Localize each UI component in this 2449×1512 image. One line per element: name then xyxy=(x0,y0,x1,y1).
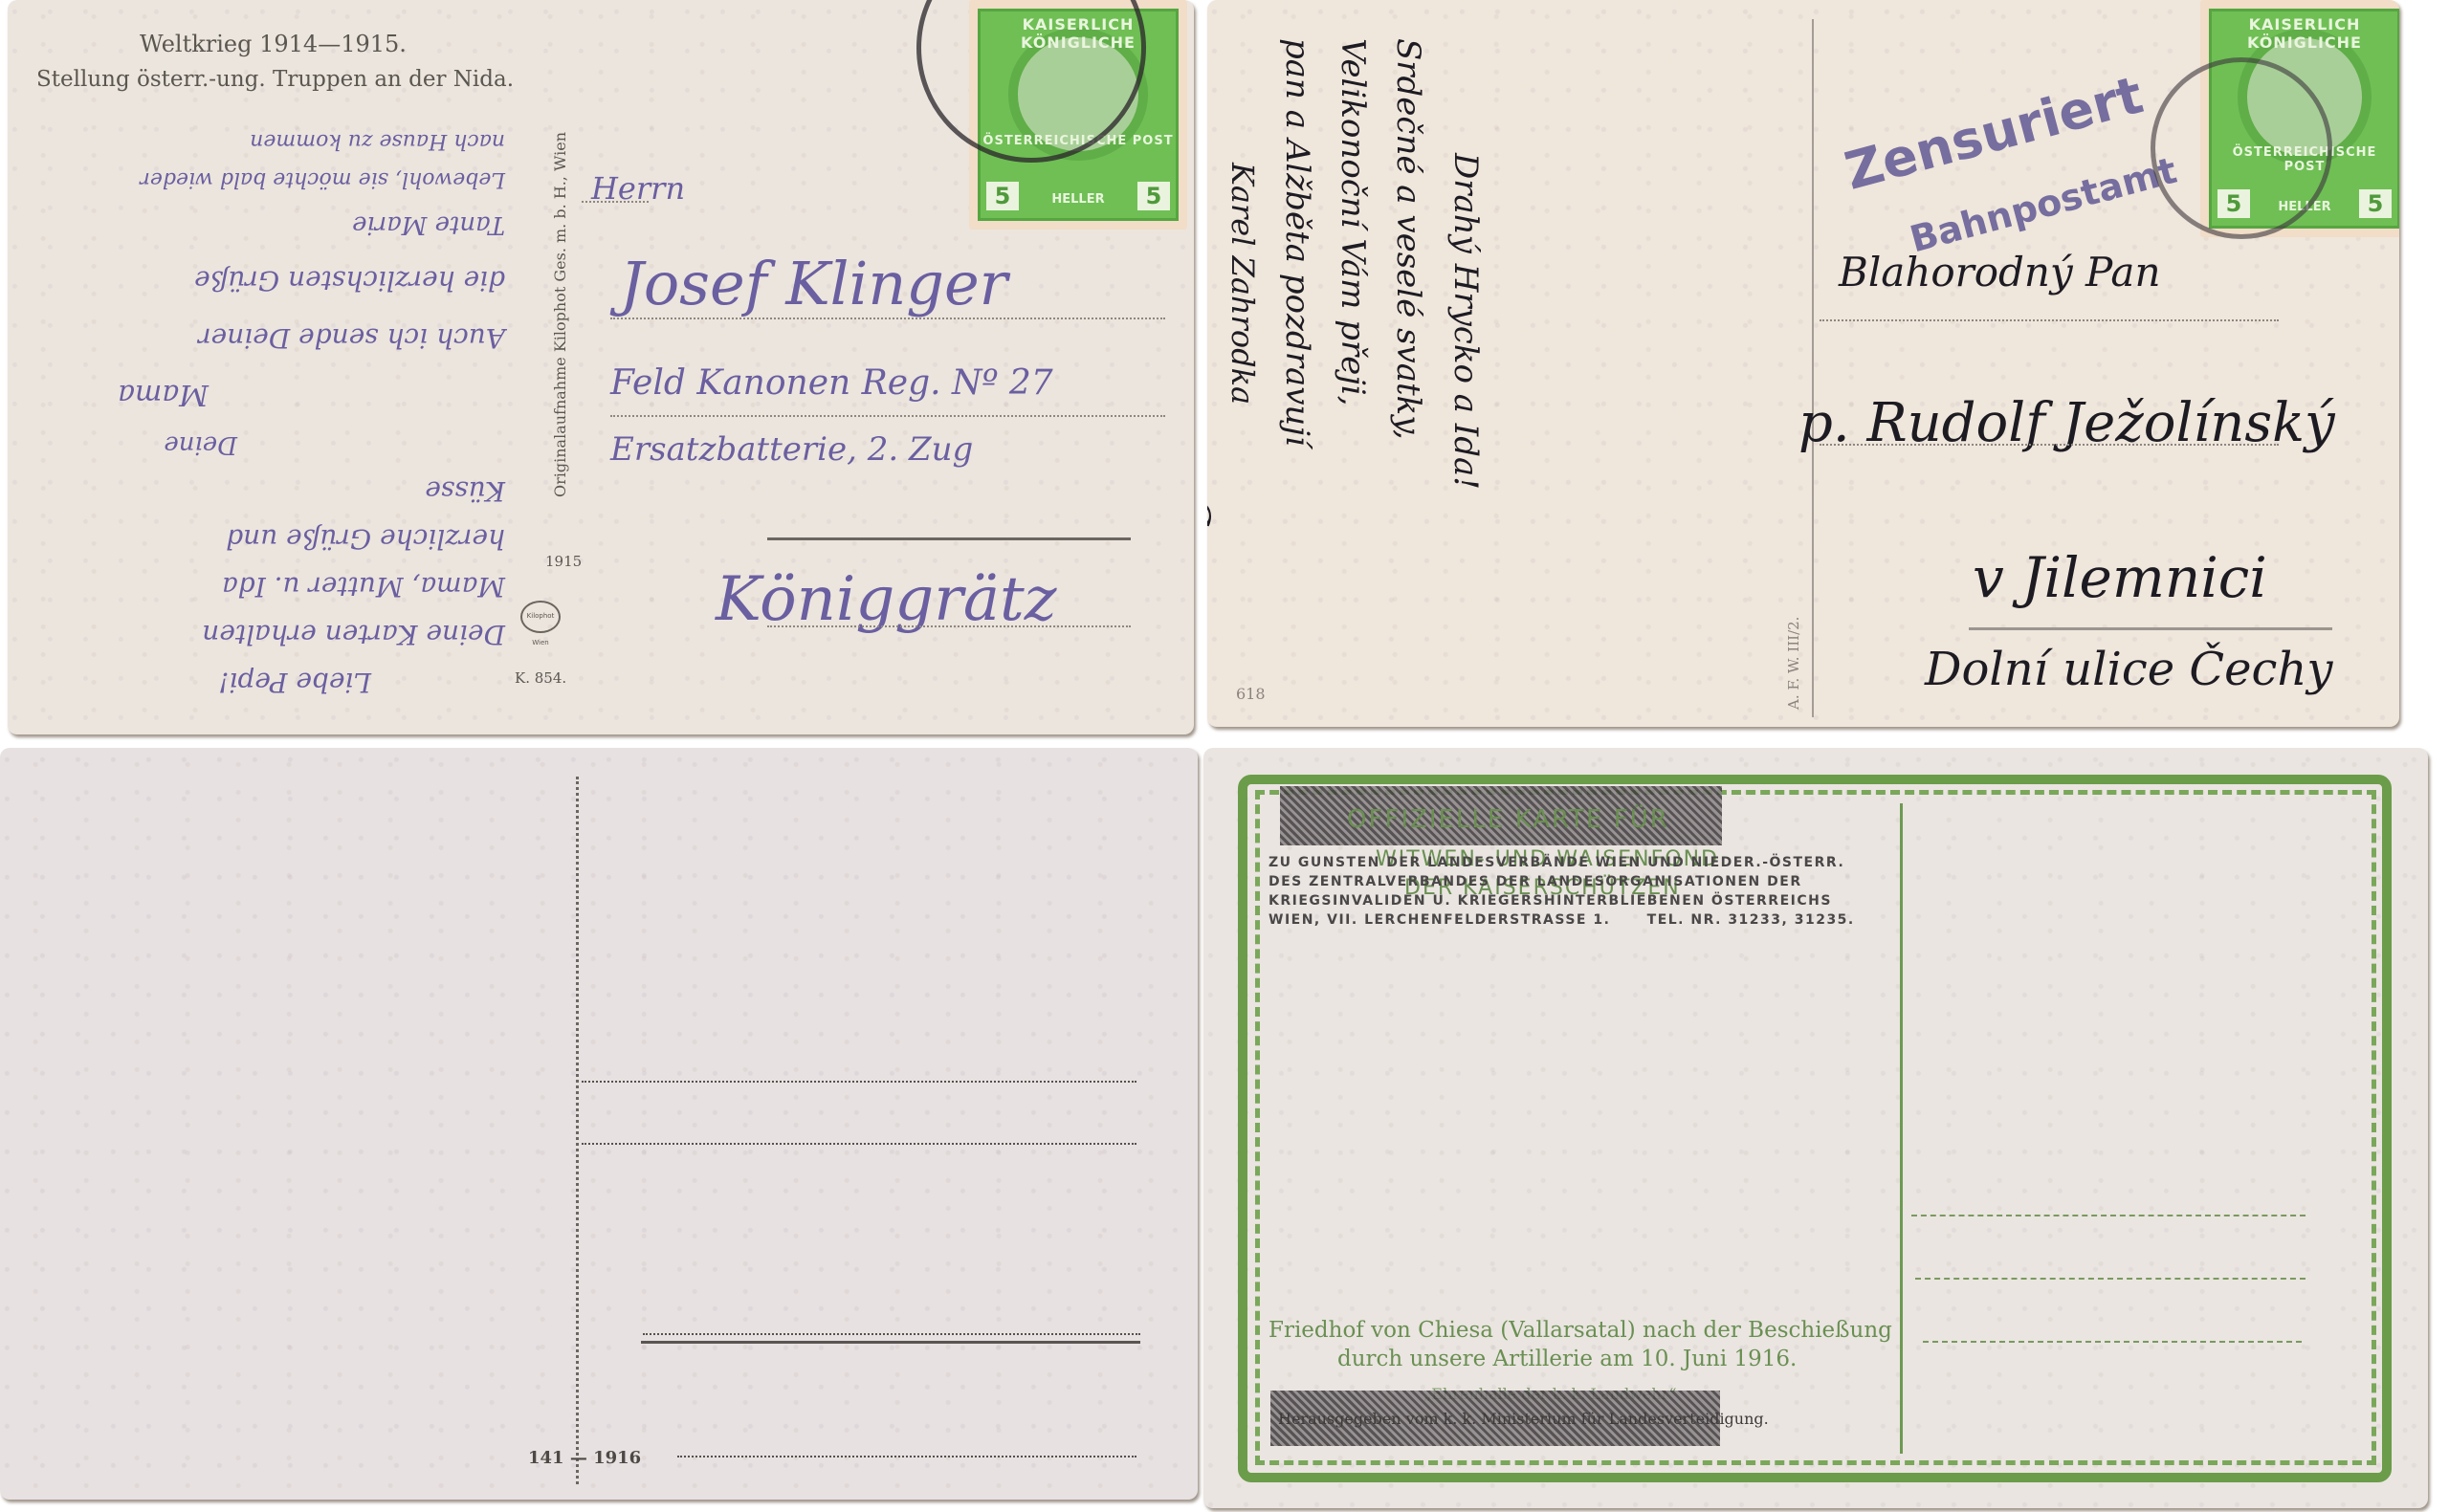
message-line: herzliche Grüße und xyxy=(226,523,505,555)
organization-line: KRIEGSINVALIDEN U. KRIEGERSHINTERBLIEBEN… xyxy=(1269,893,1832,909)
address-city-rule xyxy=(641,1341,1140,1344)
address-line-divider xyxy=(643,1333,1140,1335)
address-street: Dolní ulice Čechy xyxy=(1925,643,2332,696)
address-line-divider xyxy=(610,415,1165,417)
kilophot-logo-icon: Kilophot Wien xyxy=(520,601,561,633)
message-line: Küsse xyxy=(425,475,505,507)
address-city-rule xyxy=(767,537,1131,540)
logo-text: Kilophot Wien xyxy=(527,612,555,646)
address-line-divider xyxy=(1911,1215,2306,1216)
card-caption: Stellung österr.-ung. Truppen an der Nid… xyxy=(36,67,514,92)
header-line1: OFFIZIELLE KARTE FÜR xyxy=(1347,805,1669,834)
message-line: Liebe Pepi! xyxy=(218,667,371,698)
message-line: pan a Alžběta pozdravují xyxy=(1278,38,1316,447)
address-line-divider xyxy=(1820,319,2279,321)
stamp-top-text: KAISERLICH KÖNIGLICHE xyxy=(2212,15,2397,52)
message-line: Mama xyxy=(118,378,209,411)
address-line-divider xyxy=(610,318,1165,319)
postcard-top-left: Weltkrieg 1914—1915. Stellung österr.-un… xyxy=(8,0,1194,734)
message-line: Auch ich sende Deiner xyxy=(198,322,505,354)
stamp-value-right: 5 xyxy=(2359,189,2392,218)
message-line: Tante Marie xyxy=(352,210,505,239)
organization-line: WIEN, VII. LERCHENFELDERSTRASSE 1. TEL. … xyxy=(1269,912,1855,928)
address-city: Königgrätz xyxy=(716,564,1056,635)
postcard-bottom-left: 141 — 1916 xyxy=(0,748,1198,1500)
message-line: Velikonoční Vám přeji, xyxy=(1334,38,1372,405)
address-line-divider xyxy=(677,1456,1136,1457)
address-city: v Jilemnici xyxy=(1973,545,2267,610)
message-line: Drahý Hrycko a Ida! xyxy=(1446,153,1485,490)
card-number: 141 — 1916 xyxy=(528,1448,641,1468)
caption-line2: durch unsere Artillerie am 10. Juni 1916… xyxy=(1337,1347,1797,1371)
address-line-divider xyxy=(767,625,1131,627)
message-line: Karel Zahrodka xyxy=(1224,163,1261,405)
stamp-value-right: 5 xyxy=(1137,182,1170,210)
postcard-bottom-right: OFFIZIELLE KARTE FÜR WITWEN- UND WAISENF… xyxy=(1203,748,2428,1508)
message-line: Deine Karten erhalten xyxy=(202,619,505,650)
message-line: Srdečné a veselé svatky, xyxy=(1389,38,1427,440)
card-divider xyxy=(576,777,579,1484)
message-line: G. xyxy=(1207,497,1217,538)
card-year: 1915 xyxy=(545,553,582,570)
address-line1: Feld Kanonen Reg. Nº 27 xyxy=(610,363,1053,403)
card-number: 618 xyxy=(1236,685,1266,703)
address-line2: Ersatzbatterie, 2. Zug xyxy=(610,430,973,469)
organization-line: DES ZENTRALVERBANDES DER LANDESORGANISAT… xyxy=(1269,874,1802,889)
message-line: die herzlichsten Grüße xyxy=(194,265,505,296)
publisher-credit: A. F. W. III/2. xyxy=(1785,617,1802,710)
address-line-divider xyxy=(582,1081,1136,1083)
message-line: Mama, Mutter u. Ida xyxy=(222,571,505,603)
address-line-divider xyxy=(1923,1341,2302,1343)
address-name: Josef Klinger xyxy=(620,249,1007,318)
address-line-divider xyxy=(1915,1278,2306,1280)
address-city-rule xyxy=(1969,627,2332,630)
postmark-icon xyxy=(2151,57,2332,239)
address-line-divider xyxy=(582,201,649,203)
message-line: nach Hause zu kommen xyxy=(250,129,505,153)
card-divider xyxy=(1900,803,1903,1454)
footer-line2: Herausgegeben vom k. k. Ministerium für … xyxy=(1278,1410,1769,1428)
card-divider xyxy=(1812,19,1814,717)
postcard-top-right: Drahý Hrycko a Ida! Srdečné a veselé sva… xyxy=(1207,0,2399,727)
address-line-divider xyxy=(582,1143,1136,1145)
publisher-credit: Originalaufnahme Kilophot Ges. m. b. H.,… xyxy=(551,132,569,497)
card-title: Weltkrieg 1914—1915. xyxy=(140,31,407,57)
caption-line1: Friedhof von Chiesa (Vallarsatal) nach d… xyxy=(1269,1318,1892,1343)
message-line: Lebewohl, sie möchte bald wieder xyxy=(140,167,505,191)
address-salutation: Blahorodný Pan xyxy=(1839,249,2161,296)
message-line: Deine xyxy=(164,430,237,459)
organization-line: ZU GUNSTEN DER LANDESVERBÄNDE WIEN UND N… xyxy=(1269,855,1844,870)
message-area: Liebe Pepi! Deine Karten erhalten Mama, … xyxy=(27,115,524,708)
address-line-divider xyxy=(1820,444,2279,446)
